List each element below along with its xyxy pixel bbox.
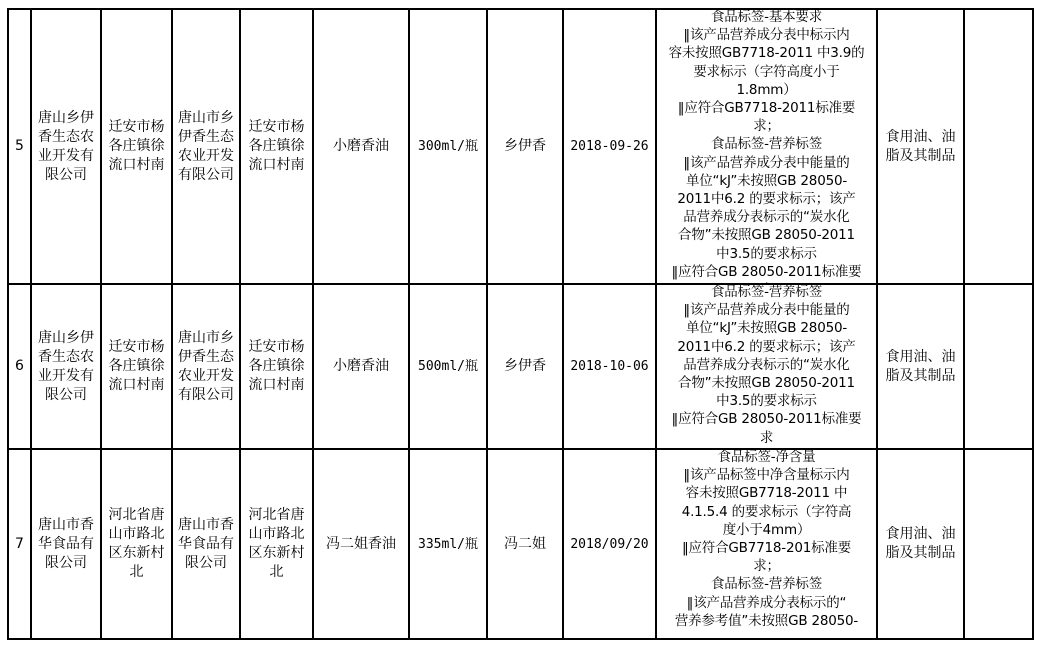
- seller-name: 唐山市乡 伊香生态 农业开发 有限公司: [171, 8, 239, 283]
- table-row: 6 唐山乡伊 香生态农 业开发有 限公司 迁安市杨 各庄镇徐 流口村南 唐山市乡…: [7, 283, 1032, 448]
- producer-address: 迁安市杨 各庄镇徐 流口村南: [100, 8, 171, 283]
- remark: [963, 448, 1032, 638]
- nonconformity-detail: 食品标签-净含量 ‖该产品标签中净含量标示内 容未按照GB7718-2011 中…: [655, 448, 876, 638]
- seller-address: 迁安市杨 各庄镇徐 流口村南: [239, 283, 312, 448]
- nonconformity-detail: 食品标签-营养标签 ‖该产品营养成分表中能量的 单位“kJ”未按照GB 2805…: [655, 283, 876, 448]
- table-row: 7 唐山市香 华食品有 限公司 河北省唐 山市路北 区东新村 北 唐山市香 华食…: [7, 448, 1032, 638]
- production-date: 2018-10-06: [562, 283, 655, 448]
- brand: 乡伊香: [486, 283, 562, 448]
- brand: 冯二姐: [486, 448, 562, 638]
- product-spec: 500ml/瓶: [408, 283, 486, 448]
- remark: [963, 8, 1032, 283]
- producer-name: 唐山乡伊 香生态农 业开发有 限公司: [30, 8, 100, 283]
- seller-address: 河北省唐 山市路北 区东新村 北: [239, 448, 312, 638]
- product-spec: 335ml/瓶: [408, 448, 486, 638]
- inspection-results-table: 5 唐山乡伊 香生态农 业开发有 限公司 迁安市杨 各庄镇徐 流口村南 唐山市乡…: [7, 8, 1034, 640]
- production-date: 2018-09-26: [562, 8, 655, 283]
- product-name: 小磨香油: [312, 283, 408, 448]
- production-date: 2018/09/20: [562, 448, 655, 638]
- producer-name: 唐山乡伊 香生态农 业开发有 限公司: [30, 283, 100, 448]
- product-spec: 300ml/瓶: [408, 8, 486, 283]
- producer-address: 河北省唐 山市路北 区东新村 北: [100, 448, 171, 638]
- table-row: 5 唐山乡伊 香生态农 业开发有 限公司 迁安市杨 各庄镇徐 流口村南 唐山市乡…: [7, 8, 1032, 283]
- food-category: 食用油、油 脂及其制品: [876, 8, 963, 283]
- food-category: 食用油、油 脂及其制品: [876, 283, 963, 448]
- seller-name: 唐山市香 华食品有 限公司: [171, 448, 239, 638]
- producer-address: 迁安市杨 各庄镇徐 流口村南: [100, 283, 171, 448]
- nonconformity-detail: 食品标签-基本要求 ‖该产品营养成分表中标示内 容未按照GB7718-2011 …: [655, 8, 876, 283]
- food-category: 食用油、油 脂及其制品: [876, 448, 963, 638]
- remark: [963, 283, 1032, 448]
- product-name: 小磨香油: [312, 8, 408, 283]
- producer-name: 唐山市香 华食品有 限公司: [30, 448, 100, 638]
- row-index: 6: [7, 283, 30, 448]
- seller-address: 迁安市杨 各庄镇徐 流口村南: [239, 8, 312, 283]
- product-name: 冯二姐香油: [312, 448, 408, 638]
- seller-name: 唐山市乡 伊香生态 农业开发 有限公司: [171, 283, 239, 448]
- row-index: 7: [7, 448, 30, 638]
- brand: 乡伊香: [486, 8, 562, 283]
- row-index: 5: [7, 8, 30, 283]
